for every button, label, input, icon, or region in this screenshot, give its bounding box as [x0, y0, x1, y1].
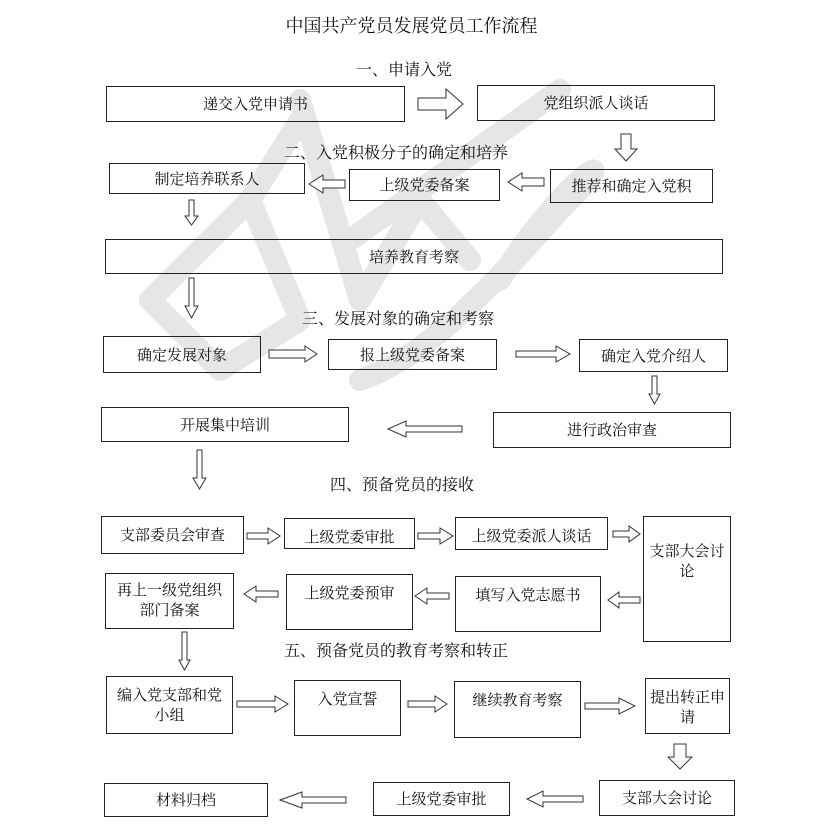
arrow-down-icon [179, 632, 190, 670]
arrow-right-icon [237, 696, 288, 712]
arrow-left-icon [388, 421, 462, 437]
arrow-left-icon [608, 592, 640, 608]
arrow-right-icon [418, 89, 463, 119]
arrow-down-icon [649, 376, 660, 404]
arrow-right-icon [269, 346, 317, 362]
arrow-right-icon [247, 528, 280, 544]
arrow-down-icon [668, 744, 692, 769]
arrow-left-icon [527, 791, 583, 807]
arrow-left-icon [280, 792, 346, 808]
arrow-down-icon [185, 200, 198, 225]
arrow-down-icon [185, 278, 198, 318]
arrow-left-icon [415, 588, 449, 604]
arrow-right-icon [613, 526, 640, 542]
arrow-right-icon [408, 696, 447, 712]
arrow-left-icon [508, 173, 544, 191]
flow-arrows [0, 0, 823, 832]
arrow-right-icon [516, 346, 570, 362]
arrow-down-icon [615, 134, 637, 161]
arrow-left-icon [309, 175, 345, 193]
arrow-right-icon [585, 698, 635, 714]
arrow-left-icon [244, 586, 278, 602]
arrow-down-icon [193, 450, 206, 489]
arrow-right-icon [418, 528, 453, 544]
